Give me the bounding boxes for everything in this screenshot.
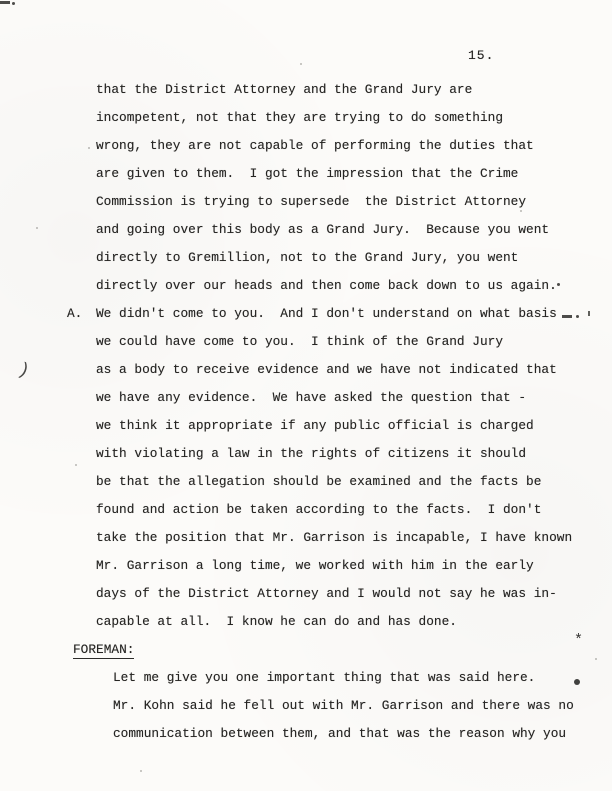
scan-artifact [12, 2, 15, 5]
page-number: 15. [468, 48, 494, 63]
transcript-line-text: We didn't come to you. And I don't under… [96, 306, 557, 321]
scanned-document-page: 15. that the District Attorney and the G… [0, 0, 612, 791]
transcript-line: A.We didn't come to you. And I don't und… [0, 300, 612, 328]
transcript-line-text: communication between them, and that was… [113, 726, 566, 741]
scan-artifact: * [574, 636, 583, 646]
transcript-line: incompetent, not that they are trying to… [0, 104, 612, 132]
transcript-line-text: that the District Attorney and the Grand… [96, 82, 472, 97]
scan-artifact [88, 147, 90, 149]
transcript-line: as a body to receive evidence and we hav… [0, 356, 612, 384]
transcript-line-text: be that the allegation should be examine… [96, 474, 541, 489]
scan-artifact [75, 464, 77, 466]
transcript-line-text: days of the District Attorney and I woul… [96, 586, 557, 601]
transcript-line: are given to them. I got the impression … [0, 160, 612, 188]
transcript-line-text: Let me give you one important thing that… [113, 670, 535, 685]
transcript-line-text: incompetent, not that they are trying to… [96, 110, 503, 125]
transcript-line-text: are given to them. I got the impression … [96, 166, 518, 181]
transcript-line-text: we think it appropriate if any public of… [96, 418, 534, 433]
transcript-line-text: we have any evidence. We have asked the … [96, 390, 526, 405]
transcript-line: directly to Gremillion, not to the Grand… [0, 244, 612, 272]
scan-artifact [588, 311, 590, 316]
transcript-line: take the position that Mr. Garrison is i… [0, 524, 612, 552]
scan-artifact [562, 315, 572, 318]
scan-artifact [576, 315, 579, 318]
transcript-line: wrong, they are not capable of performin… [0, 132, 612, 160]
scan-artifact [557, 283, 560, 286]
transcript-line: communication between them, and that was… [0, 720, 612, 748]
transcript-line: directly over our heads and then come ba… [0, 272, 612, 300]
transcript-line-text: and going over this body as a Grand Jury… [96, 222, 549, 237]
transcript-line-text: wrong, they are not capable of performin… [96, 138, 534, 153]
scan-artifact [574, 679, 580, 685]
transcript-line: Mr. Kohn said he fell out with Mr. Garri… [0, 692, 612, 720]
scan-artifact [418, 117, 420, 119]
scan-artifact [520, 210, 522, 212]
scan-artifact [300, 63, 302, 65]
transcript-line: found and action be taken according to t… [0, 496, 612, 524]
transcript-line-text: Mr. Garrison a long time, we worked with… [96, 558, 534, 573]
transcript-line-text: capable at all. I know he can do and has… [96, 614, 457, 629]
scan-artifact [140, 770, 142, 772]
transcript-line-text: we could have come to you. I think of th… [96, 334, 503, 349]
transcript-line-text: directly to Gremillion, not to the Grand… [96, 250, 518, 265]
transcript-line: we could have come to you. I think of th… [0, 328, 612, 356]
transcript-line: days of the District Attorney and I woul… [0, 580, 612, 608]
scan-artifact [0, 1, 10, 4]
transcript-line: Let me give you one important thing that… [0, 664, 612, 692]
transcript-line: be that the allegation should be examine… [0, 468, 612, 496]
transcript-line-text: take the position that Mr. Garrison is i… [96, 530, 572, 545]
transcript-line-text: directly over our heads and then come ba… [96, 278, 557, 293]
transcript-line: we think it appropriate if any public of… [0, 412, 612, 440]
transcript-line: capable at all. I know he can do and has… [0, 608, 612, 636]
transcript-line-text: as a body to receive evidence and we hav… [96, 362, 557, 377]
transcript-line-text: Mr. Kohn said he fell out with Mr. Garri… [113, 698, 574, 713]
document-body: that the District Attorney and the Grand… [0, 76, 612, 748]
transcript-line-text: Commission is trying to supersede the Di… [96, 194, 526, 209]
scan-artifact [595, 658, 597, 660]
speaker-heading-label: FOREMAN: [73, 642, 134, 659]
answer-label: A. [67, 300, 82, 328]
transcript-line: and going over this body as a Grand Jury… [0, 216, 612, 244]
transcript-line: Mr. Garrison a long time, we worked with… [0, 552, 612, 580]
transcript-line-text: found and action be taken according to t… [96, 502, 541, 517]
scan-artifact [36, 227, 38, 229]
transcript-line: we have any evidence. We have asked the … [0, 384, 612, 412]
speaker-heading: FOREMAN: [0, 636, 612, 664]
transcript-line: with violating a law in the rights of ci… [0, 440, 612, 468]
transcript-line-text: with violating a law in the rights of ci… [96, 446, 526, 461]
transcript-line: that the District Attorney and the Grand… [0, 76, 612, 104]
